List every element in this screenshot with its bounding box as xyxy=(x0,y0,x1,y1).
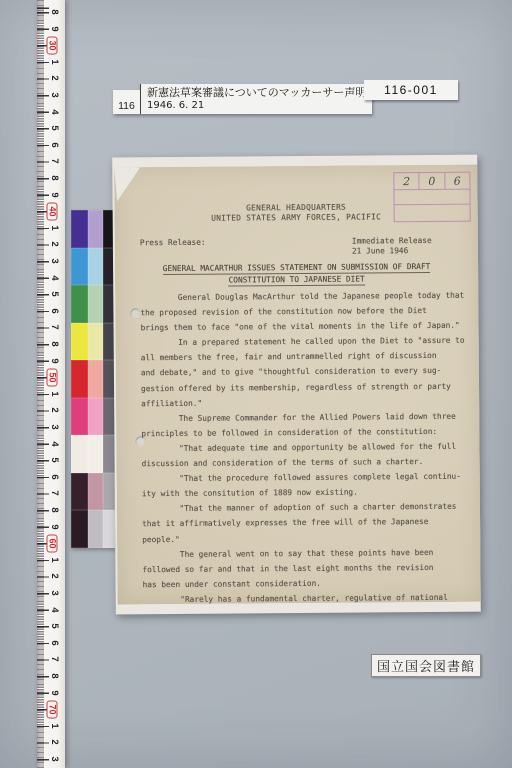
ruler-number: 9 xyxy=(49,520,59,534)
color-chart-row xyxy=(71,210,115,248)
ruler-number: 4 xyxy=(49,271,59,285)
release-type: Immediate Release xyxy=(352,236,432,246)
color-chart-row xyxy=(71,398,115,436)
ruler-number: 9 xyxy=(49,686,59,700)
stamp-digit-row: 2 0 6 xyxy=(394,173,469,191)
ruler-number: 8 xyxy=(49,503,59,517)
ruler-number-decade: 60 xyxy=(47,535,58,553)
archive-photo: 8930123456789401234567895012345678960123… xyxy=(0,0,512,768)
color-patch xyxy=(71,510,88,548)
ruler-number-decade: 30 xyxy=(47,37,58,55)
ruler-number: 9 xyxy=(49,188,59,202)
ruler-number: 4 xyxy=(49,603,59,617)
color-patch xyxy=(71,285,88,323)
catalog-date: 1946. 6. 21 xyxy=(147,100,366,112)
color-patch xyxy=(88,248,103,286)
color-patch xyxy=(71,323,88,361)
ruler-number: 9 xyxy=(49,354,59,368)
ruler-number: 5 xyxy=(49,619,59,633)
ruler-number-decade: 70 xyxy=(47,701,58,719)
color-patch xyxy=(71,398,88,436)
ruler-number: 1 xyxy=(49,553,59,567)
ruler-number: 2 xyxy=(49,403,59,417)
color-chart-row xyxy=(71,248,115,286)
measuring-tape: 8930123456789401234567895012345678960123… xyxy=(37,0,65,768)
color-patch xyxy=(88,510,103,548)
color-chart-row xyxy=(71,473,115,511)
color-patch xyxy=(71,360,88,398)
ruler-number: 3 xyxy=(49,752,59,766)
stamp-digit: 0 xyxy=(420,173,445,189)
ruler-number: 8 xyxy=(49,669,59,683)
color-chart-row xyxy=(71,285,115,323)
color-patch xyxy=(88,398,103,436)
ruler-number: 9 xyxy=(49,22,59,36)
ruler-number: 7 xyxy=(49,154,59,168)
ruler-number: 2 xyxy=(49,237,59,251)
ruler-number: 8 xyxy=(49,171,59,185)
color-calibration-chart xyxy=(71,210,115,548)
color-patch xyxy=(88,323,103,361)
release-info: Immediate Release21 June 1946 xyxy=(352,236,432,257)
ruler-number: 3 xyxy=(49,586,59,600)
ruler-number: 5 xyxy=(49,287,59,301)
ruler-number: 4 xyxy=(49,437,59,451)
color-chart-row xyxy=(71,360,115,398)
ruler-number: 8 xyxy=(49,337,59,351)
color-patch xyxy=(88,285,103,323)
document-title-line1: GENERAL MACARTHUR ISSUES STATEMENT ON SU… xyxy=(163,263,431,275)
punch-hole xyxy=(130,308,140,318)
ruler-number: 7 xyxy=(49,486,59,500)
ruler-number: 6 xyxy=(49,304,59,318)
color-patch xyxy=(88,360,103,398)
document-page: 2 0 6 GENERAL HEADQUARTERS UNITED STATES… xyxy=(114,165,480,605)
color-chart-row xyxy=(71,510,115,548)
color-patch xyxy=(71,473,88,511)
ruler-number: 4 xyxy=(49,105,59,119)
ruler-number: 3 xyxy=(49,420,59,434)
ruler-number: 2 xyxy=(49,569,59,583)
stamp-digit: 6 xyxy=(445,173,469,189)
color-chart-row xyxy=(71,323,115,361)
ruler-number: 5 xyxy=(49,121,59,135)
document-title: GENERAL MACARTHUR ISSUES STATEMENT ON SU… xyxy=(115,262,478,289)
ruler-number-decade: 40 xyxy=(47,203,58,221)
catalog-label-main: 新憲法草案審議についてのマッカーサー声明 1946. 6. 21 xyxy=(140,84,372,114)
catalog-item-number: 116 xyxy=(113,90,140,114)
torn-corner xyxy=(114,167,140,201)
release-date: 21 June 1946 xyxy=(352,246,408,255)
color-chart-row xyxy=(71,435,115,473)
ruler-number: 3 xyxy=(49,88,59,102)
ruler-number: 3 xyxy=(49,254,59,268)
press-release-row: Press Release: Immediate Release21 June … xyxy=(140,236,472,248)
library-label: 国立国会図書館 xyxy=(371,654,481,677)
color-patch xyxy=(88,435,103,473)
reference-number-label: 116-001 xyxy=(364,80,458,100)
color-patch xyxy=(88,210,103,248)
color-patch xyxy=(71,210,88,248)
ruler-number: 1 xyxy=(49,387,59,401)
catalog-title: 新憲法草案審議についてのマッカーサー声明 xyxy=(147,86,366,100)
ruler-number: 8 xyxy=(49,5,59,19)
ruler-number: 7 xyxy=(49,652,59,666)
catalog-label: 116 新憲法草案審議についてのマッカーサー声明 1946. 6. 21 xyxy=(113,84,372,114)
press-release-label: Press Release: xyxy=(140,238,206,248)
document-line: "Rarely has a fundamental charter, regul… xyxy=(143,592,477,610)
ruler-number: 6 xyxy=(49,138,59,152)
document-photo: 2 0 6 GENERAL HEADQUARTERS UNITED STATES… xyxy=(110,154,484,617)
ruler-number: 2 xyxy=(49,71,59,85)
ruler-number: 6 xyxy=(49,636,59,650)
ruler-number: 1 xyxy=(49,55,59,69)
document-body: General Douglas MacArthur told the Japan… xyxy=(140,291,476,611)
ruler-number: 5 xyxy=(49,453,59,467)
ruler-number: 2 xyxy=(49,735,59,749)
ruler-number: 1 xyxy=(49,719,59,733)
color-patch xyxy=(71,248,88,286)
stamp-digit: 2 xyxy=(394,173,419,189)
color-patch xyxy=(88,473,103,511)
ruler-number: 1 xyxy=(49,221,59,235)
ruler-number: 6 xyxy=(49,470,59,484)
document-title-line2: CONSTITUTION TO JAPANESE DIET xyxy=(229,276,365,287)
color-patch xyxy=(71,435,88,473)
ruler-number-decade: 50 xyxy=(47,369,58,387)
ruler-number: 7 xyxy=(49,320,59,334)
